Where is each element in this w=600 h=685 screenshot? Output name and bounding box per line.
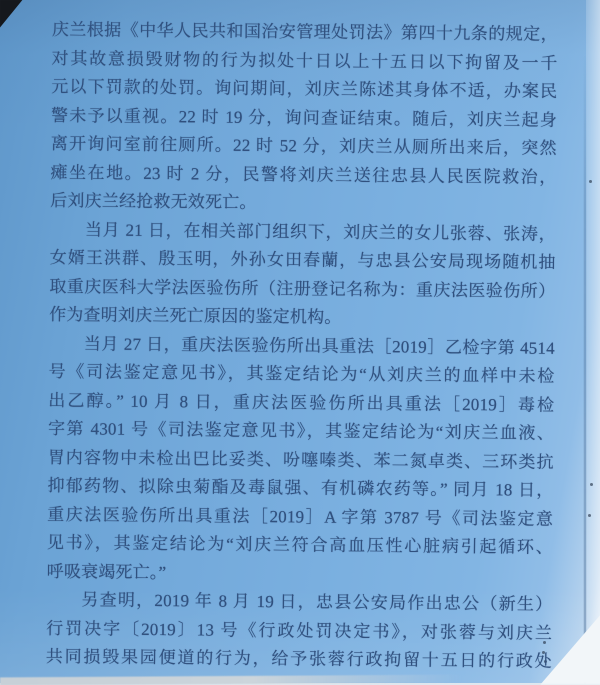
dust-speck [588,514,591,517]
text-line: 后刘庆兰经抢救无效死亡。 [50,187,556,220]
scanned-page: 庆兰根据《中华人民共和国治安管理处罚法》第四十九条的规定，对其故意损毁财物的行为… [0,0,600,683]
text-line: 抑郁药物、拟除虫菊酯及毒鼠强、有机磷农药等。” 同月 18 日， [47,472,553,505]
text-line: 庆兰根据《中华人民共和国治安管理处罚法》第四十九条的规定， [52,16,558,49]
text-line: 女婿王洪群、殷玉明，外孙女田春蘭，与忠县公安局现场随机抽 [50,244,556,277]
text-line: 号《司法鉴定意见书》，其鉴定结论为“从刘庆兰的血样中未检 [48,358,554,391]
dust-speck [590,483,593,486]
text-line: 作为查明刘庆兰死亡原因的鉴定机构。 [49,301,555,334]
text-line: 元以下罚款的处罚。询问期间，刘庆兰陈述其身体不适，办案民 [51,73,557,106]
page-crease [584,55,586,683]
text-line: 离开询问室前往厕所。22 时 52 分，刘庆兰从厕所出来后，突然 [51,130,557,163]
text-line: 字第 4301 号《司法鉴定意见书》，其鉴定结论为“刘庆兰血液、 [48,415,554,448]
dust-speck [589,180,592,183]
page-bottom-edge [0,675,462,683]
text-line: 另查明，2019 年 8 月 19 日，忠县公安局作出忠公（新生） [46,586,552,619]
scanner-dark-corner [0,0,24,30]
document-lines: 庆兰根据《中华人民共和国治安管理处罚法》第四十九条的规定，对其故意损毁财物的行为… [46,16,558,676]
text-line: 见书》，其鉴定结论为“刘庆兰符合高血压性心脏病引起循环、 [47,529,553,562]
page-right-edge-highlight [586,0,600,683]
text-line: 共同损毁果园便道的行为，给予张蓉行政拘留十五日的行政处 [46,643,552,676]
